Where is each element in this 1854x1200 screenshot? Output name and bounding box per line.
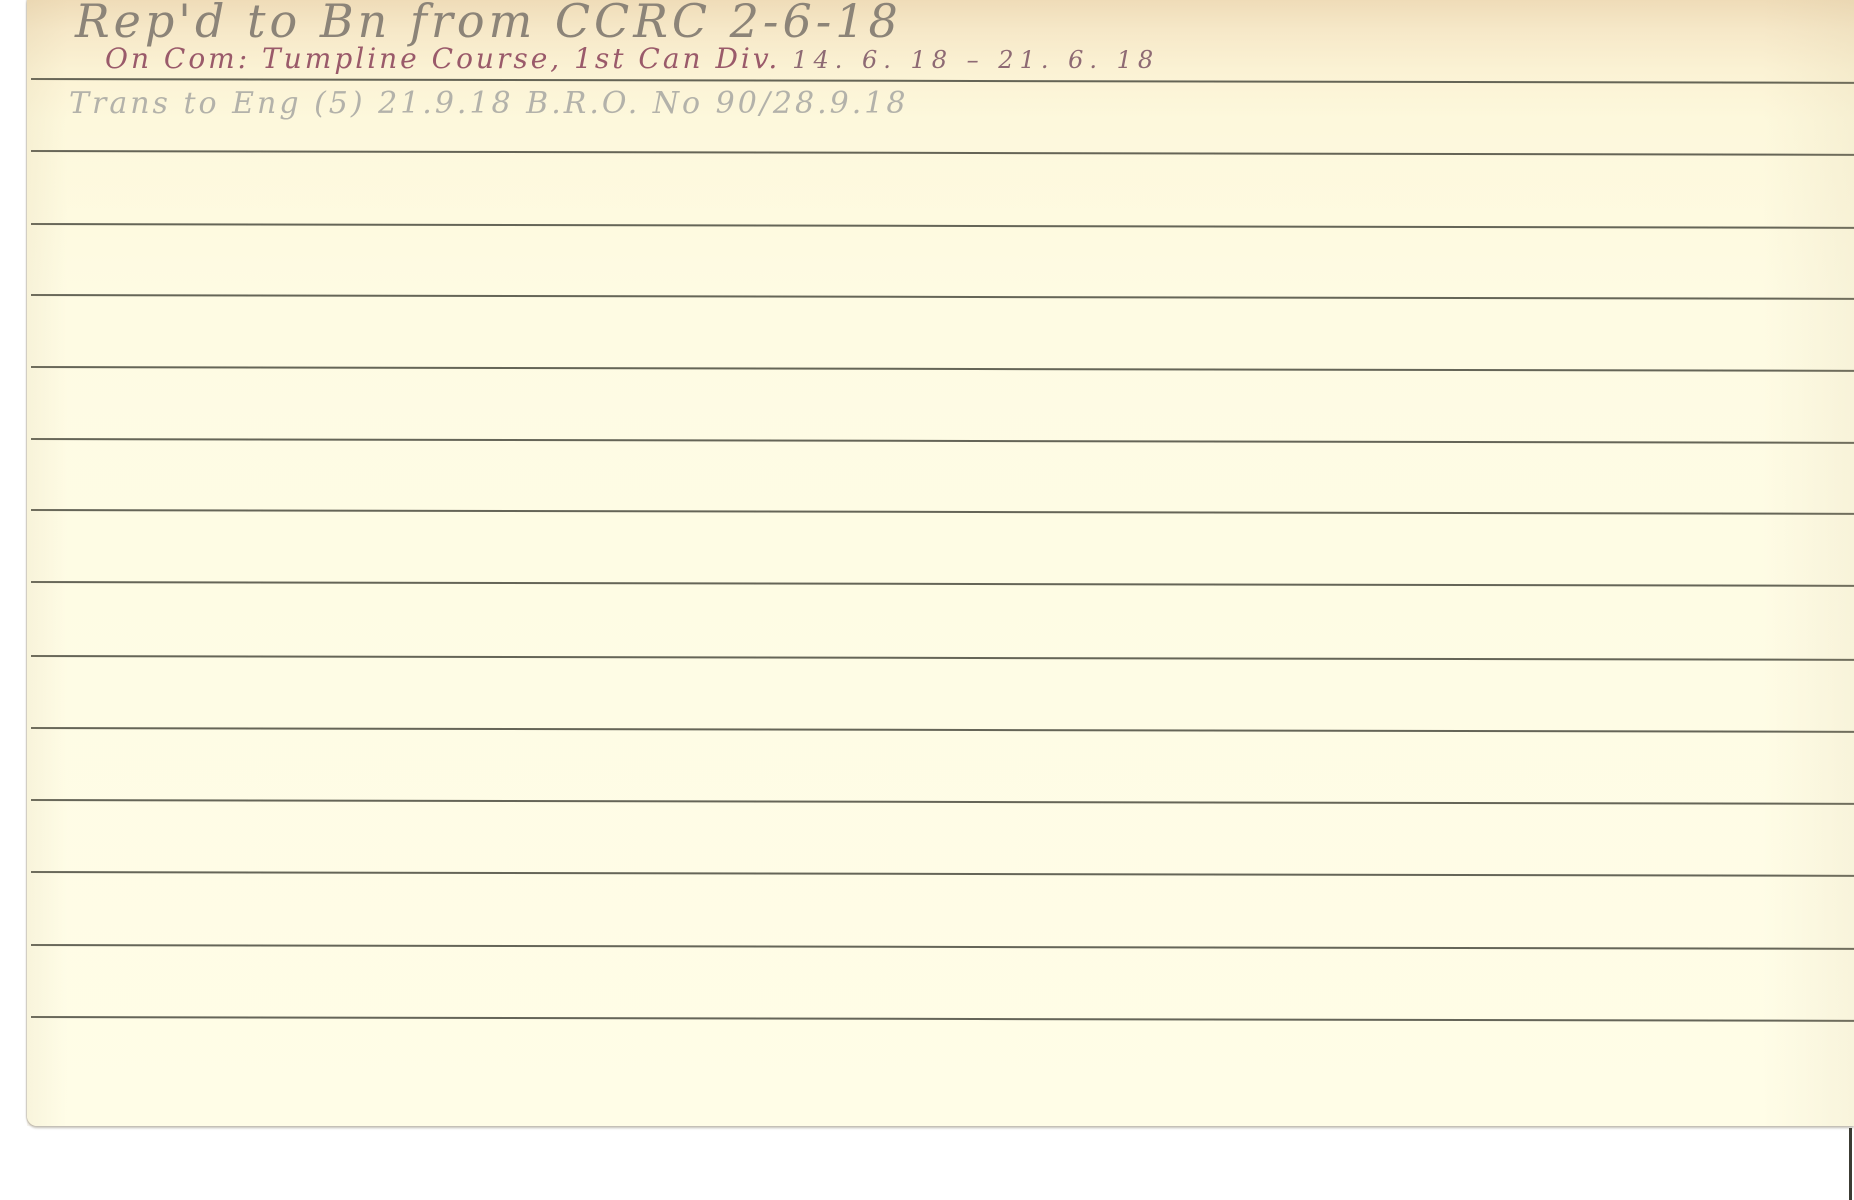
- entry-transfer-to-england: Trans to Eng (5) 21.9.18 B.R.O. No 90/28…: [69, 86, 908, 121]
- ruled-line: [31, 799, 1854, 805]
- ruled-line: [31, 78, 1854, 84]
- ruled-line: [31, 1016, 1854, 1022]
- ruled-line: [31, 944, 1854, 950]
- entry-course-text: On Com: Tumpline Course, 1st Can Div.: [105, 42, 780, 75]
- ruled-line: [31, 438, 1854, 444]
- entry-course-dates: 14. 6. 18 – 21. 6. 18: [792, 46, 1159, 74]
- ruled-line: [31, 581, 1854, 587]
- ruled-line: [31, 150, 1854, 156]
- ruled-line: [31, 655, 1854, 661]
- ruled-line: [31, 366, 1854, 372]
- scan-edge-mark: [1849, 1128, 1852, 1200]
- entry-reported-to-battalion: Rep'd to Bn from CCRC 2-6-18: [75, 0, 902, 48]
- ruled-line: [31, 223, 1854, 229]
- entry-on-command-course: On Com: Tumpline Course, 1st Can Div. 14…: [105, 42, 1159, 75]
- ruled-line: [31, 294, 1854, 300]
- ruled-line: [31, 727, 1854, 733]
- ruled-line: [31, 509, 1854, 515]
- ruled-line: [31, 871, 1854, 877]
- record-card: Rep'd to Bn from CCRC 2-6-18 On Com: Tum…: [27, 0, 1854, 1126]
